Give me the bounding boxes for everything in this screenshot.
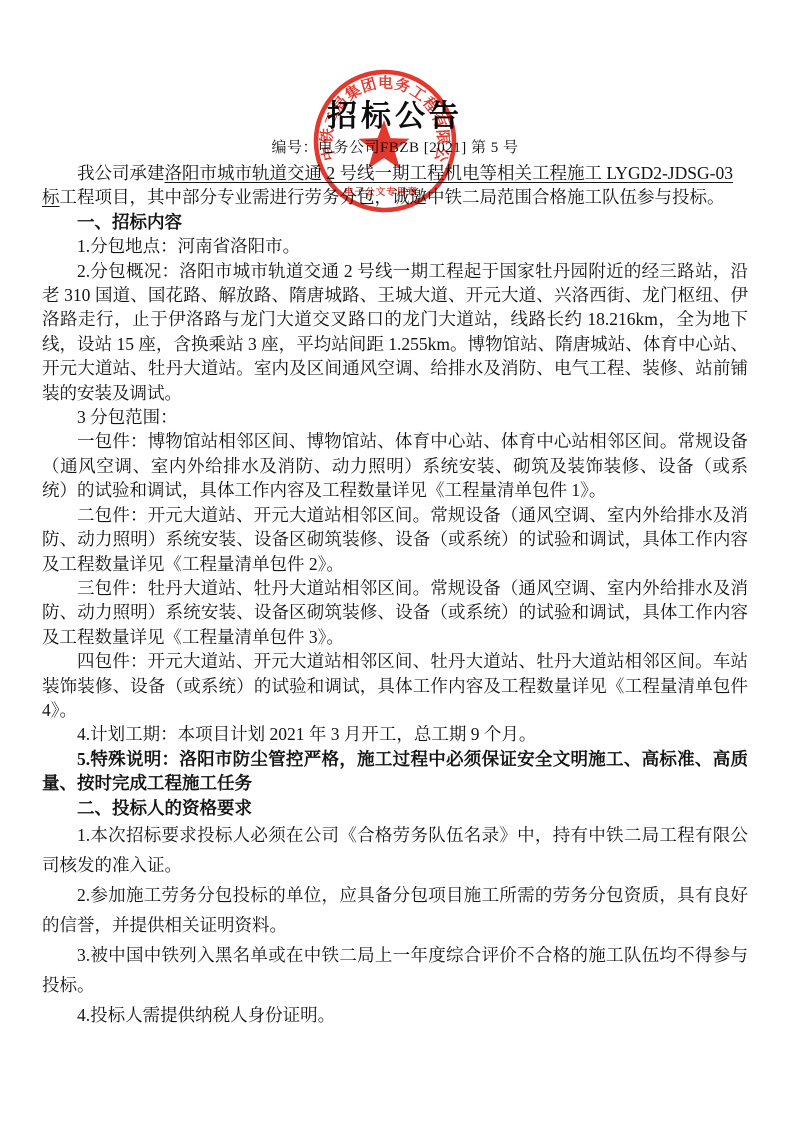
text-run: 二包件：开元大道站、开元大道站相邻区间。常规设备（通风空调、室内外给排水及消防、… xyxy=(42,505,748,574)
paragraph: 2.参加施工劳务分包投标的单位，应具备分包项目施工所需的劳务分包资质，具有良好的… xyxy=(42,880,748,940)
paragraph: 3 分包范围： xyxy=(42,405,748,429)
underlined-text: 标 xyxy=(42,187,60,207)
paragraph: 二包件：开元大道站、开元大道站相邻区间。常规设备（通风空调、室内外给排水及消防、… xyxy=(42,503,748,576)
paragraph: 我公司承建洛阳市城市轨道交通 2 号线一期工程机电等相关工程施工 LYGD2-J… xyxy=(42,161,748,210)
text-run: 4.计划工期：本项目计划 2021 年 3 月开工，总工期 9 个月。 xyxy=(77,724,536,744)
paragraph: 5.特殊说明：洛阳市防尘管控严格，施工过程中必须保证安全文明施工、高标准、高质量… xyxy=(42,747,748,796)
paragraph: 一、招标内容 xyxy=(42,210,748,234)
text-run: 工程项目，其中部分专业需进行劳务分包，诚邀中铁二局范围合格施工队伍参与投标。 xyxy=(60,187,725,207)
document-page: 招标公告 编号：电务公司FBZB [2021] 第 5 号 我公司承建洛阳市城市… xyxy=(0,0,794,1123)
text-run: 3.被中国中铁列入黑名单或在中铁二局上一年度综合评价不合格的施工队伍均不得参与投… xyxy=(42,945,748,995)
paragraph: 一包件：博物馆站相邻区间、博物馆站、体育中心站、体育中心站相邻区间。常规设备（通… xyxy=(42,429,748,502)
paragraph: 四包件：开元大道站、开元大道站相邻区间、牡丹大道站、牡丹大道站相邻区间。车站装饰… xyxy=(42,649,748,722)
text-run: 四包件：开元大道站、开元大道站相邻区间、牡丹大道站、牡丹大道站相邻区间。车站装饰… xyxy=(42,651,748,720)
paragraph: 1.本次招标要求投标人必须在公司《合格劳务队伍名录》中，持有中铁二局工程有限公司… xyxy=(42,820,748,880)
paragraph: 二、投标人的资格要求 xyxy=(42,796,748,820)
paragraph: 4.计划工期：本项目计划 2021 年 3 月开工，总工期 9 个月。 xyxy=(42,722,748,746)
paragraph: 3.被中国中铁列入黑名单或在中铁二局上一年度综合评价不合格的施工队伍均不得参与投… xyxy=(42,940,748,1000)
doc-body: 我公司承建洛阳市城市轨道交通 2 号线一期工程机电等相关工程施工 LYGD2-J… xyxy=(42,161,748,1030)
text-run: 一包件：博物馆站相邻区间、博物馆站、体育中心站、体育中心站相邻区间。常规设备（通… xyxy=(42,431,748,500)
paragraph: 1.分包地点：河南省洛阳市。 xyxy=(42,234,748,258)
text-run: 一、招标内容 xyxy=(77,212,182,232)
text-run: 5.特殊说明：洛阳市防尘管控严格，施工过程中必须保证安全文明施工、高标准、高质量… xyxy=(42,749,748,793)
doc-number: 编号：电务公司FBZB [2021] 第 5 号 xyxy=(42,136,748,160)
underlined-text: 洛阳市城市轨道交通 2 号线一期工程机电等相关工程施工 LYGD2-JDSG-0… xyxy=(165,163,733,183)
text-run: 2.参加施工劳务分包投标的单位，应具备分包项目施工所需的劳务分包资质，具有良好的… xyxy=(42,885,748,935)
text-run: 3 分包范围： xyxy=(77,407,178,427)
text-run: 1.本次招标要求投标人必须在公司《合格劳务队伍名录》中，持有中铁二局工程有限公司… xyxy=(42,825,748,875)
paragraph: 2.分包概况：洛阳市城市轨道交通 2 号线一期工程起于国家牡丹园附近的经三路站，… xyxy=(42,259,748,405)
paragraph: 三包件：牡丹大道站、牡丹大道站相邻区间。常规设备（通风空调、室内外给排水及消防、… xyxy=(42,576,748,649)
text-run: 2.分包概况：洛阳市城市轨道交通 2 号线一期工程起于国家牡丹园附近的经三路站，… xyxy=(42,261,748,403)
paragraph: 4.投标人需提供纳税人身份证明。 xyxy=(42,1000,748,1030)
text-run: 我公司承建 xyxy=(77,163,165,183)
text-run: 4.投标人需提供纳税人身份证明。 xyxy=(77,1005,335,1025)
page-title: 招标公告 xyxy=(42,100,748,134)
text-run: 二、投标人的资格要求 xyxy=(77,798,252,818)
document-content: 招标公告 编号：电务公司FBZB [2021] 第 5 号 我公司承建洛阳市城市… xyxy=(0,0,794,1030)
text-run: 三包件：牡丹大道站、牡丹大道站相邻区间。常规设备（通风空调、室内外给排水及消防、… xyxy=(42,578,748,647)
text-run: 1.分包地点：河南省洛阳市。 xyxy=(77,236,300,256)
